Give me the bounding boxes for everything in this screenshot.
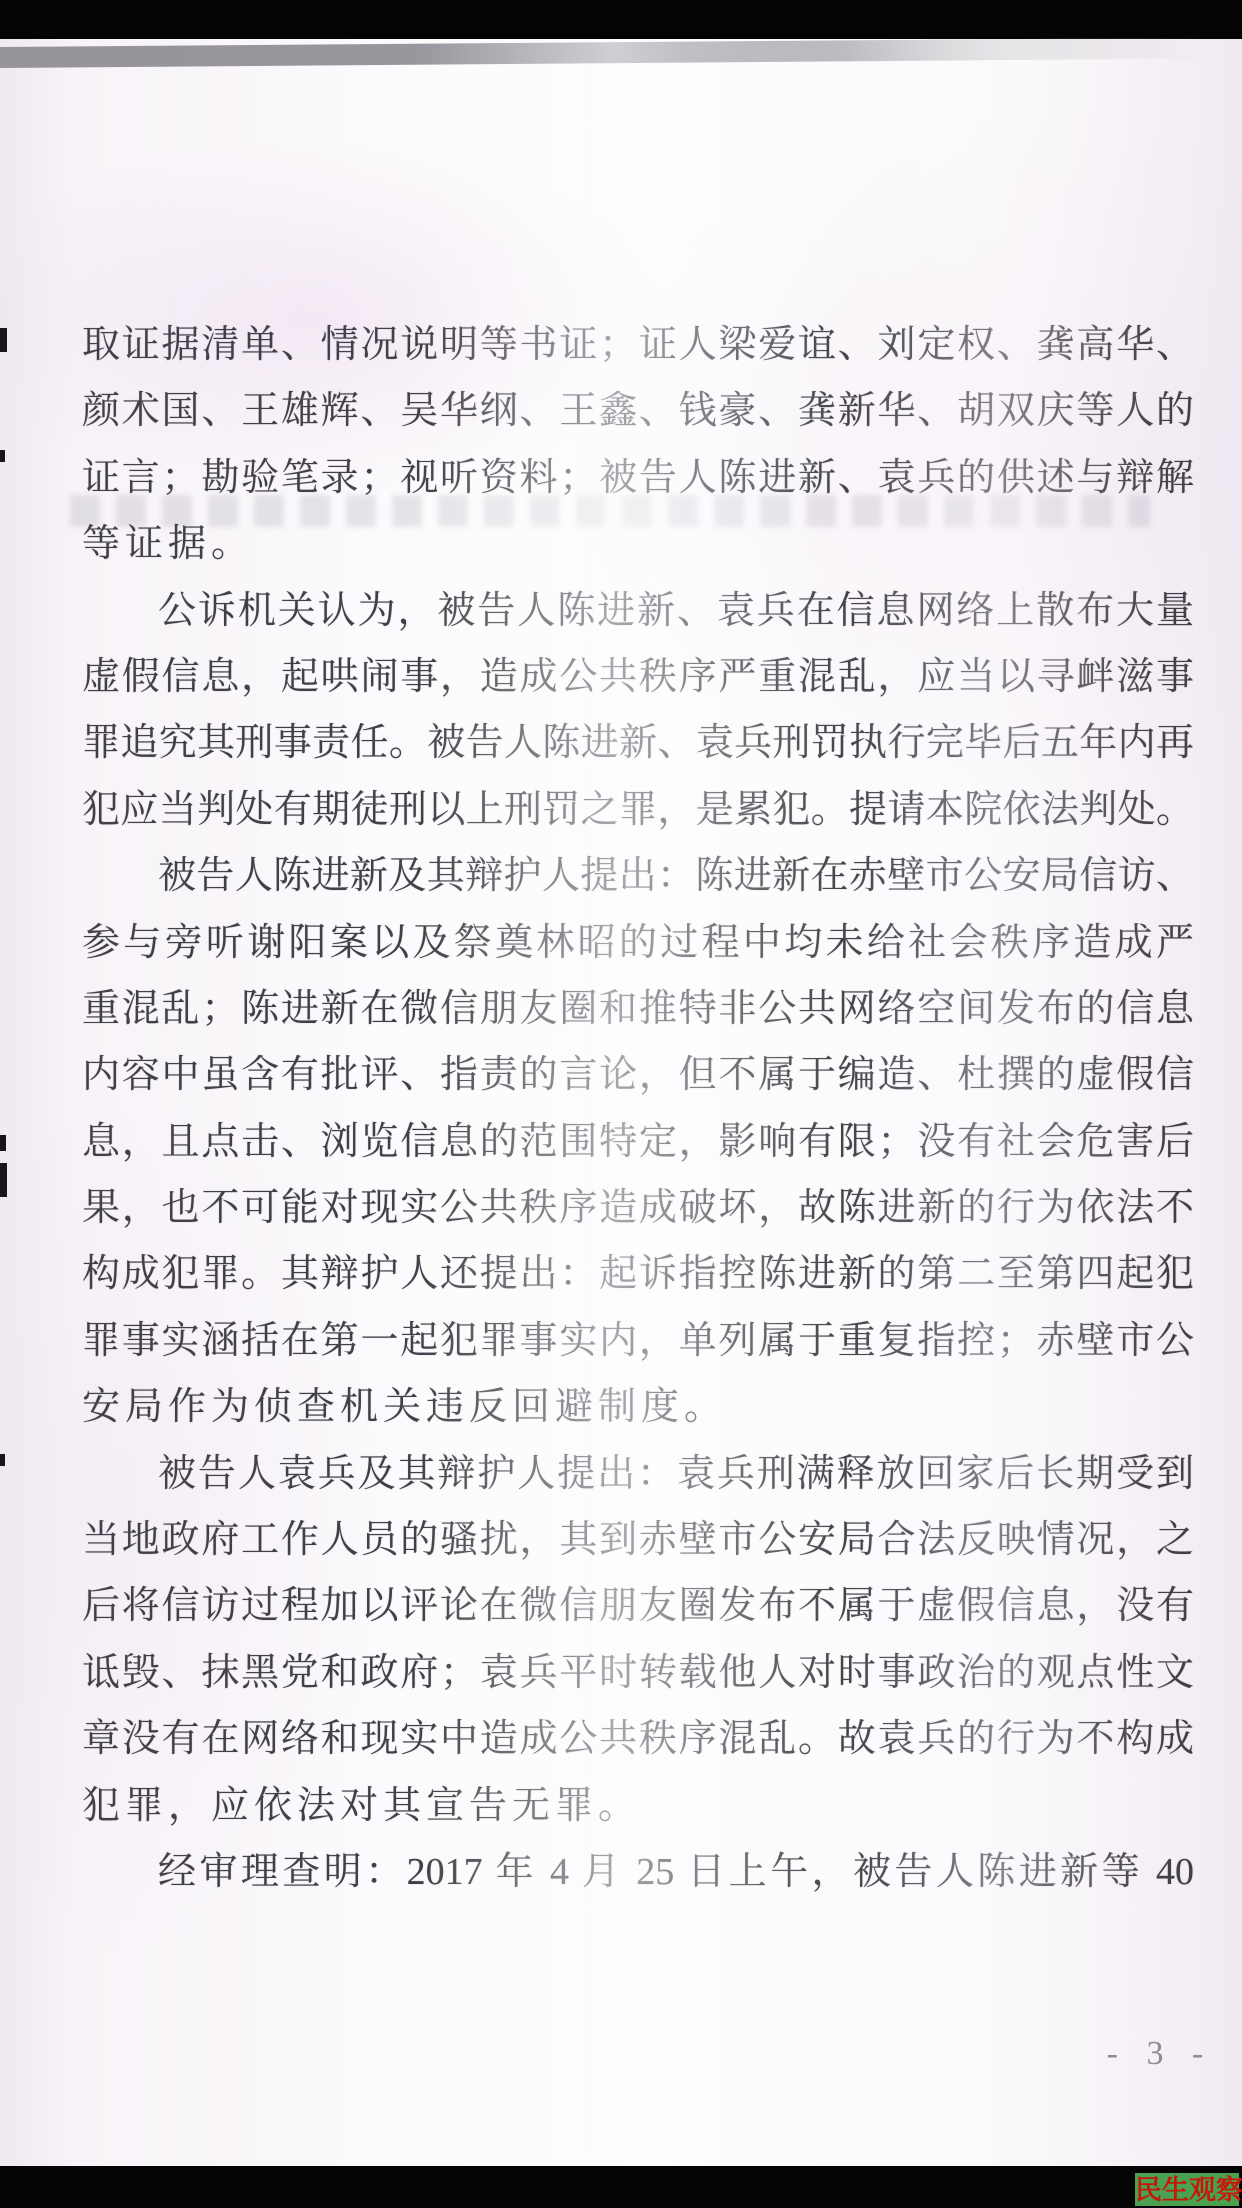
text-line: 罪事实涵括在第一起犯罪事实内，单列属于重复指控；赤壁市公 — [82, 1308, 1194, 1374]
judgment-body-text: 取证据清单、情况说明等书证；证人梁爱谊、刘定权、龚高华、 颜术国、王雄辉、吴华纲… — [82, 312, 1194, 1905]
text-line: 安局作为侦查机关违反回避制度。 — [82, 1374, 1194, 1440]
scan-edge-artifact — [0, 1454, 5, 1466]
text-line: 果，也不可能对现实公共秩序造成破坏，故陈进新的行为依法不 — [82, 1175, 1194, 1241]
page-number: - 3 - — [1090, 2035, 1230, 2073]
scanner-shadow-band — [0, 37, 1242, 68]
text-line: 罪追究其刑事责任。被告人陈进新、袁兵刑罚执行完毕后五年内再 — [82, 710, 1194, 776]
text-line: 取证据清单、情况说明等书证；证人梁爱谊、刘定权、龚高华、 — [82, 312, 1194, 378]
text-line: 章没有在网络和现实中造成公共秩序混乱。故袁兵的行为不构成 — [82, 1706, 1194, 1772]
text-line: 犯罪，应依法对其宣告无罪。 — [82, 1773, 1194, 1839]
text-line: 虚假信息，起哄闹事，造成公共秩序严重混乱，应当以寻衅滋事 — [82, 644, 1194, 710]
text-line: 当地政府工作人员的骚扰，其到赤壁市公安局合法反映情况，之 — [82, 1507, 1194, 1573]
text-line: 证言；勘验笔录；视听资料；被告人陈进新、袁兵的供述与辩解 — [82, 445, 1194, 511]
text-line: 被告人陈进新及其辩护人提出：陈进新在赤壁市公安局信访、 — [82, 843, 1194, 909]
scan-edge-artifact — [0, 1163, 7, 1197]
top-black-bar — [0, 0, 1242, 39]
text-line: 经审理查明：2017 年 4 月 25 日上午，被告人陈进新等 40 — [82, 1839, 1194, 1905]
text-line: 公诉机关认为，被告人陈进新、袁兵在信息网络上散布大量 — [82, 578, 1194, 644]
text-line: 内容中虽含有批评、指责的言论，但不属于编造、杜撰的虚假信 — [82, 1042, 1194, 1108]
scan-edge-artifact — [0, 328, 7, 352]
watermark-badge: 民生观察 — [1135, 2173, 1239, 2206]
text-line: 犯应当判处有期徒刑以上刑罚之罪，是累犯。提请本院依法判处。 — [82, 777, 1194, 843]
text-line: 颜术国、王雄辉、吴华纲、王鑫、钱豪、龚新华、胡双庆等人的 — [82, 378, 1194, 444]
scan-edge-artifact — [0, 450, 5, 462]
scan-viewport: 取证据清单、情况说明等书证；证人梁爱谊、刘定权、龚高华、 颜术国、王雄辉、吴华纲… — [0, 0, 1242, 2208]
text-line: 后将信访过程加以评论在微信朋友圈发布不属于虚假信息，没有 — [82, 1573, 1194, 1639]
text-line: 被告人袁兵及其辩护人提出：袁兵刑满释放回家后长期受到 — [82, 1441, 1194, 1507]
scanned-document-page: 取证据清单、情况说明等书证；证人梁爱谊、刘定权、龚高华、 颜术国、王雄辉、吴华纲… — [0, 39, 1242, 2166]
text-line: 重混乱；陈进新在微信朋友圈和推特非公共网络空间发布的信息 — [82, 976, 1194, 1042]
text-line: 等证据。 — [82, 511, 1194, 577]
text-line: 诋毁、抹黑党和政府；袁兵平时转载他人对时事政治的观点性文 — [82, 1640, 1194, 1706]
bottom-black-bar: 民生观察 — [0, 2166, 1242, 2208]
text-line: 参与旁听谢阳案以及祭奠林昭的过程中均未给社会秩序造成严 — [82, 910, 1194, 976]
text-line: 息，且点击、浏览信息的范围特定，影响有限；没有社会危害后 — [82, 1109, 1194, 1175]
text-line: 构成犯罪。其辩护人还提出：起诉指控陈进新的第二至第四起犯 — [82, 1241, 1194, 1307]
scan-edge-artifact — [0, 1135, 6, 1151]
